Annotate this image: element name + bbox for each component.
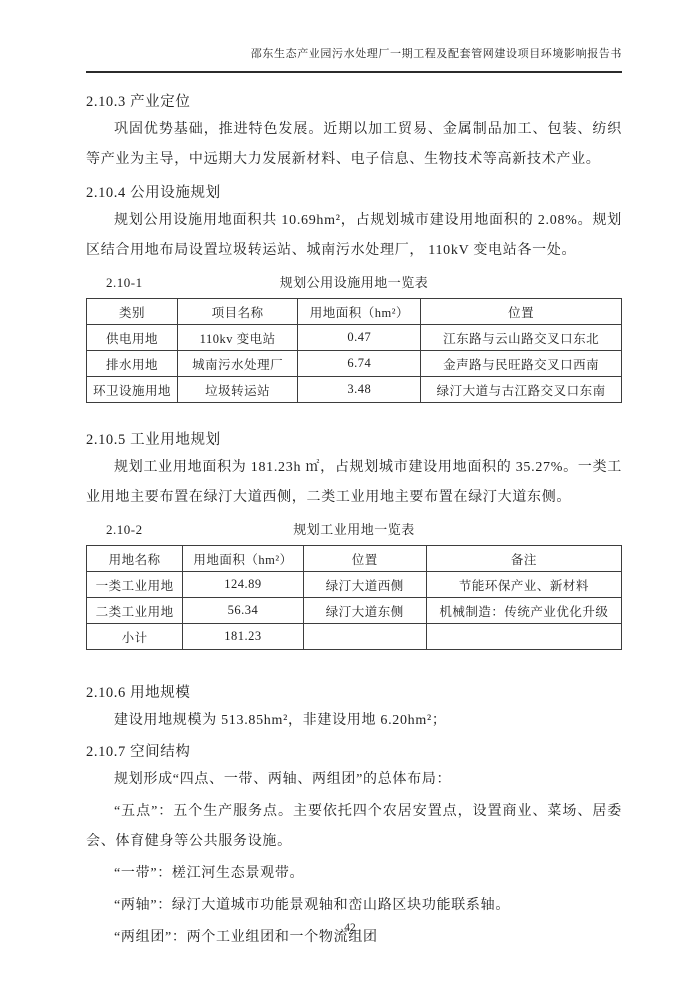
table-cell: 供电用地 (87, 325, 178, 351)
section-heading-2-10-3: 2.10.3 产业定位 (86, 91, 622, 113)
table-cell: 金声路与民旺路交叉口西南 (421, 351, 622, 377)
table-cell (426, 624, 621, 650)
table-header-cell: 用地名称 (87, 546, 183, 572)
section-heading-2-10-4: 2.10.4 公用设施规划 (86, 182, 622, 204)
table-header-row: 用地名称 用地面积（hm²） 位置 备注 (87, 546, 622, 572)
table-cell: 110kv 变电站 (177, 325, 297, 351)
table-row: 一类工业用地 124.89 绿汀大道西侧 节能环保产业、新材料 (87, 572, 622, 598)
table-header-cell: 位置 (303, 546, 426, 572)
table-cell: 绿汀大道东侧 (303, 598, 426, 624)
document-page: 邵东生态产业园污水处理厂一期工程及配套管网建设项目环境影响报告书 2.10.3 … (0, 0, 700, 989)
paragraph: “一带”：槎江河生态景观带。 (86, 859, 622, 889)
page-number: 42 (0, 922, 700, 934)
table1-caption-number: 2.10-1 (106, 273, 143, 293)
table-row: 排水用地 城南污水处理厂 6.74 金声路与民旺路交叉口西南 (87, 351, 622, 377)
paragraph: 规划形成“四点、一带、两轴、两组团”的总体布局： (86, 765, 622, 795)
table-cell: 二类工业用地 (87, 598, 183, 624)
table-cell: 绿汀大道西侧 (303, 572, 426, 598)
table-cell: 6.74 (298, 351, 421, 377)
table-header-cell: 类别 (87, 299, 178, 325)
table-cell: 节能环保产业、新材料 (426, 572, 621, 598)
table-cell: 0.47 (298, 325, 421, 351)
table-cell: 小计 (87, 624, 183, 650)
table2-caption: 2.10-2 规划工业用地一览表 (86, 520, 622, 540)
table-header-cell: 项目名称 (177, 299, 297, 325)
document-header: 邵东生态产业园污水处理厂一期工程及配套管网建设项目环境影响报告书 (86, 46, 622, 73)
table-cell: 3.48 (298, 377, 421, 403)
paragraph: 建设用地规模为 513.85hm²，非建设用地 6.20hm²； (86, 706, 622, 736)
table-header-cell: 位置 (421, 299, 622, 325)
table-header-cell: 用地面积（hm²） (298, 299, 421, 325)
industrial-land-table: 用地名称 用地面积（hm²） 位置 备注 一类工业用地 124.89 绿汀大道西… (86, 545, 622, 650)
table-cell: 机械制造：传统产业优化升级 (426, 598, 621, 624)
paragraph: 规划公用设施用地面积共 10.69hm²，占规划城市建设用地面积的 2.08%。… (86, 206, 622, 266)
table1-caption-title: 规划公用设施用地一览表 (280, 275, 429, 290)
table-header-cell: 备注 (426, 546, 621, 572)
table-cell: 排水用地 (87, 351, 178, 377)
table-row: 二类工业用地 56.34 绿汀大道东侧 机械制造：传统产业优化升级 (87, 598, 622, 624)
table-row: 环卫设施用地 垃圾转运站 3.48 绿汀大道与古江路交叉口东南 (87, 377, 622, 403)
table-cell: 56.34 (183, 598, 303, 624)
section-heading-2-10-7: 2.10.7 空间结构 (86, 741, 622, 763)
table-cell: 一类工业用地 (87, 572, 183, 598)
table-cell: 绿汀大道与古江路交叉口东南 (421, 377, 622, 403)
table-cell: 181.23 (183, 624, 303, 650)
paragraph: “五点”：五个生产服务点。主要依托四个农居安置点，设置商业、菜场、居委会、体育健… (86, 797, 622, 857)
table-row: 供电用地 110kv 变电站 0.47 江东路与云山路交叉口东北 (87, 325, 622, 351)
paragraph: 巩固优势基础，推进特色发展。近期以加工贸易、金属制品加工、包装、纺织等产业为主导… (86, 115, 622, 175)
paragraph: 规划工业用地面积为 181.23h ㎡，占规划城市建设用地面积的 35.27%。… (86, 453, 622, 513)
table-header-row: 类别 项目名称 用地面积（hm²） 位置 (87, 299, 622, 325)
table2-caption-title: 规划工业用地一览表 (293, 522, 415, 537)
table-cell: 124.89 (183, 572, 303, 598)
table-header-cell: 用地面积（hm²） (183, 546, 303, 572)
section-heading-2-10-6: 2.10.6 用地规模 (86, 682, 622, 704)
header-title: 邵东生态产业园污水处理厂一期工程及配套管网建设项目环境影响报告书 (86, 46, 622, 62)
table-row: 小计 181.23 (87, 624, 622, 650)
table-cell (303, 624, 426, 650)
table1-caption: 2.10-1 规划公用设施用地一览表 (86, 273, 622, 293)
table-cell: 垃圾转运站 (177, 377, 297, 403)
table-cell: 环卫设施用地 (87, 377, 178, 403)
section-heading-2-10-5: 2.10.5 工业用地规划 (86, 429, 622, 451)
table-cell: 江东路与云山路交叉口东北 (421, 325, 622, 351)
table2-caption-number: 2.10-2 (106, 520, 143, 540)
public-facilities-table: 类别 项目名称 用地面积（hm²） 位置 供电用地 110kv 变电站 0.47… (86, 298, 622, 403)
paragraph: “两轴”：绿汀大道城市功能景观轴和峦山路区块功能联系轴。 (86, 891, 622, 921)
table-cell: 城南污水处理厂 (177, 351, 297, 377)
